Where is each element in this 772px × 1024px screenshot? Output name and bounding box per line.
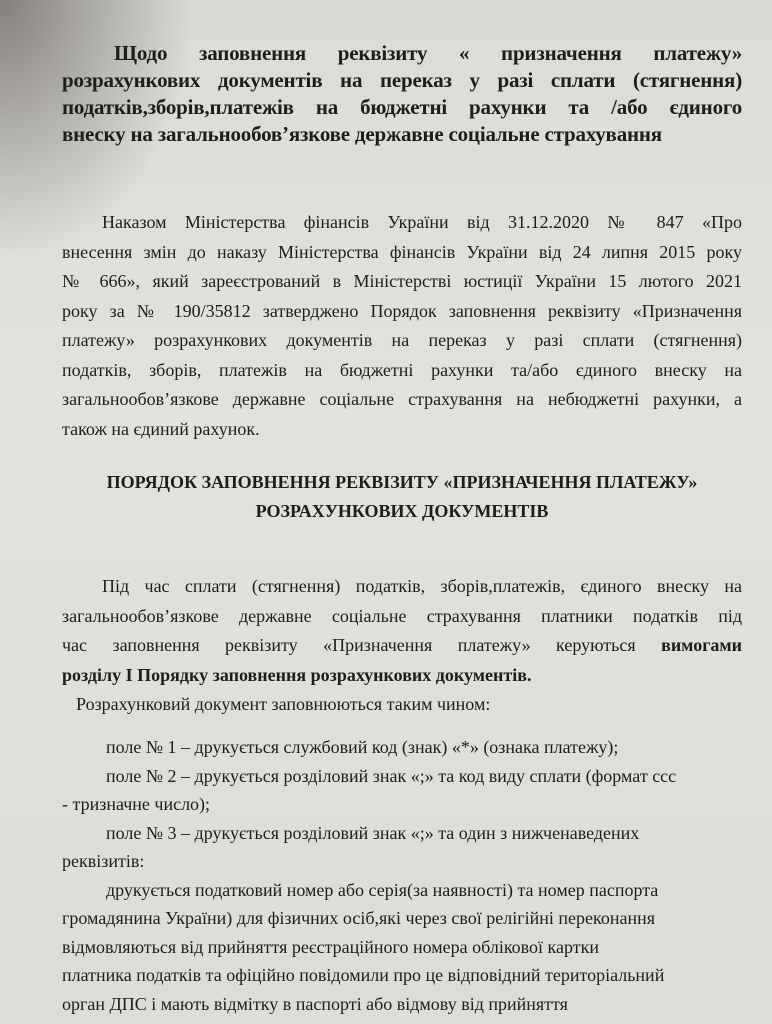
bold-section-reference: розділу І Порядку заповнення розрахунков… bbox=[62, 665, 531, 685]
intro-line: Наказом Міністерства фінансів України ві… bbox=[62, 208, 742, 238]
title-line: внеску на загальнообов’язкове державне с… bbox=[62, 121, 742, 148]
field-3-detail-line: орган ДПС і мають відмітку в паспорті аб… bbox=[62, 990, 702, 1019]
intro-paragraph: Наказом Міністерства фінансів України ві… bbox=[62, 208, 742, 444]
body-line: Під час сплати (стягнення) податків, збо… bbox=[62, 572, 742, 602]
field-1: поле № 1 – друкується службовий код (зна… bbox=[62, 733, 702, 762]
intro-line: № 666», який зареєстрований в Міністерст… bbox=[62, 267, 742, 297]
field-3-detail-line: відмовляються від прийняття реєстраційно… bbox=[62, 933, 702, 962]
title-line: податків,зборів,платежів на бюджетні рах… bbox=[62, 94, 742, 121]
title-line: розрахункових документів на переказ у ра… bbox=[62, 67, 742, 94]
title-line: Щодо заповнення реквізиту « призначення … bbox=[62, 40, 742, 67]
section-heading: ПОРЯДОК ЗАПОВНЕННЯ РЕКВІЗИТУ «ПРИЗНАЧЕНН… bbox=[62, 468, 742, 526]
field-3: поле № 3 – друкується розділовий знак «;… bbox=[62, 819, 702, 848]
section-heading-line-1: ПОРЯДОК ЗАПОВНЕННЯ РЕКВІЗИТУ «ПРИЗНАЧЕНН… bbox=[62, 468, 742, 497]
body-line: загальнообов’язкове державне соціальне с… bbox=[62, 602, 742, 632]
document-page: Щодо заповнення реквізиту « призначення … bbox=[0, 0, 772, 1024]
intro-line: податків, зборів, платежів на бюджетні р… bbox=[62, 356, 742, 386]
fields-list: поле № 1 – друкується службовий код (зна… bbox=[62, 733, 702, 1018]
body-line-text: час заповнення реквізиту «Призначення пл… bbox=[62, 635, 636, 655]
document-title: Щодо заповнення реквізиту « призначення … bbox=[62, 40, 742, 148]
field-2: поле № 2 – друкується розділовий знак «;… bbox=[62, 762, 702, 791]
field-3-continuation: реквізитів: bbox=[62, 847, 702, 876]
body-line-with-bold: час заповнення реквізиту «Призначення пл… bbox=[62, 631, 742, 661]
bold-requirements-word: вимогами bbox=[661, 635, 742, 655]
field-3-detail-line: платника податків та офіційно повідомили… bbox=[62, 961, 702, 990]
intro-line: також на єдиний рахунок. bbox=[62, 415, 742, 445]
body-paragraph: Під час сплати (стягнення) податків, збо… bbox=[62, 572, 742, 690]
field-3-detail-line: друкується податковий номер або серія(за… bbox=[62, 876, 702, 905]
field-3-detail-line: громадянина України) для фізичних осіб,я… bbox=[62, 904, 702, 933]
intro-line: року за № 190/35812 затверджено Порядок … bbox=[62, 297, 742, 327]
body-bold-line: розділу І Порядку заповнення розрахунков… bbox=[62, 661, 742, 691]
intro-line: внесення змін до наказу Міністерства фін… bbox=[62, 238, 742, 268]
intro-line: платежу» розрахункових документів на пер… bbox=[62, 326, 742, 356]
doc-fill-intro: Розрахунковий документ заповнюються таки… bbox=[76, 690, 490, 718]
field-2-continuation: - тризначне число); bbox=[62, 790, 702, 819]
intro-line: загальнообов’язкове державне соціальне с… bbox=[62, 385, 742, 415]
section-heading-line-2: РОЗРАХУНКОВИХ ДОКУМЕНТІВ bbox=[62, 497, 742, 526]
